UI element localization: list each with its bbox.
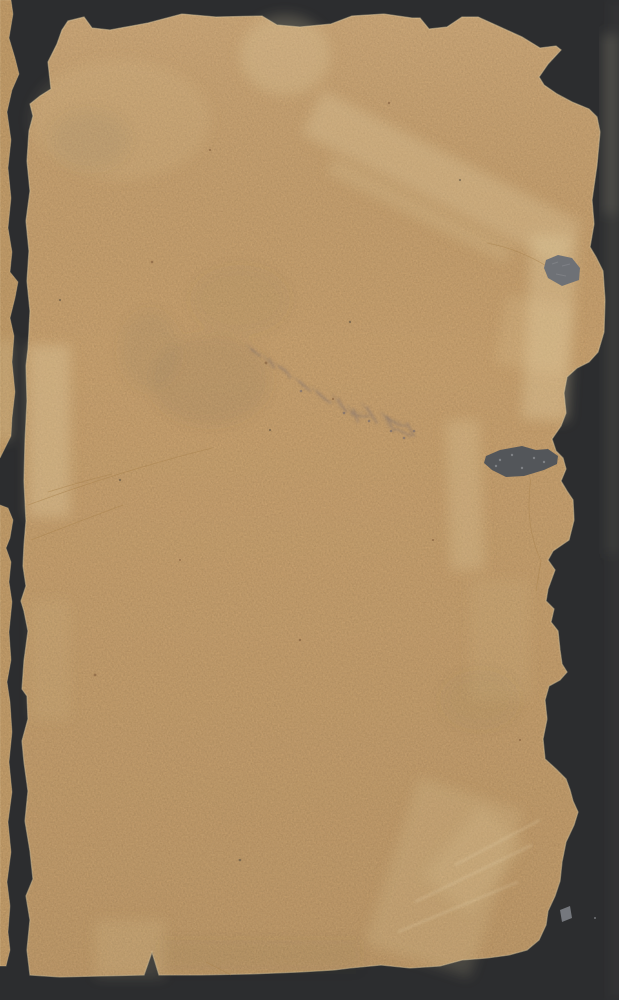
tape-repair-left <box>28 345 70 517</box>
tear-hole-speckle <box>499 459 501 461</box>
scan-right-edge-strip <box>613 0 619 1000</box>
ink-dot <box>403 437 406 440</box>
paper-speck <box>119 479 121 481</box>
light-wash-right-flap <box>494 294 575 375</box>
ink-dot <box>343 412 346 415</box>
ink-dot <box>368 420 371 423</box>
scuff-wash-bottom-center <box>95 920 165 978</box>
ink-dot <box>413 430 416 433</box>
scuff-streak <box>240 15 330 95</box>
dust-speck-on-backing <box>594 917 596 919</box>
paper-speck <box>459 179 461 181</box>
tear-hole-speckle <box>543 461 545 463</box>
ink-dot <box>390 430 393 433</box>
tear-hole-speckle <box>521 467 523 469</box>
light-wash-top-left <box>30 60 210 180</box>
paper-speck <box>59 299 61 301</box>
smudge <box>440 670 520 730</box>
paper-speck <box>432 539 434 541</box>
smudge <box>120 310 180 390</box>
tape-repair-mid <box>445 419 484 570</box>
tear-hole-speckle <box>533 457 535 459</box>
paper-speck <box>151 261 154 264</box>
scanned-album-page <box>0 0 619 1000</box>
smudge-bottom-edge <box>160 940 360 970</box>
smudge <box>190 265 290 335</box>
tear-hole-speckle <box>495 465 497 467</box>
paper-speck <box>179 559 181 561</box>
ink-dot <box>300 390 303 393</box>
paper-speck <box>94 674 97 677</box>
paper-speck <box>349 321 351 323</box>
tape-repair-stub <box>0 340 12 440</box>
light-wash-left <box>30 600 70 720</box>
paper-speck <box>239 859 242 862</box>
tear-hole-speckle <box>511 454 513 456</box>
paper-speck <box>388 102 390 104</box>
paper-speck <box>269 429 271 431</box>
paper-speck <box>209 149 211 151</box>
page-scan-svg <box>0 0 619 1000</box>
paper-speck <box>332 398 334 400</box>
paper-speck <box>299 639 301 641</box>
paper-speck <box>265 362 268 365</box>
smudge <box>50 110 130 170</box>
paper-speck <box>519 739 521 741</box>
